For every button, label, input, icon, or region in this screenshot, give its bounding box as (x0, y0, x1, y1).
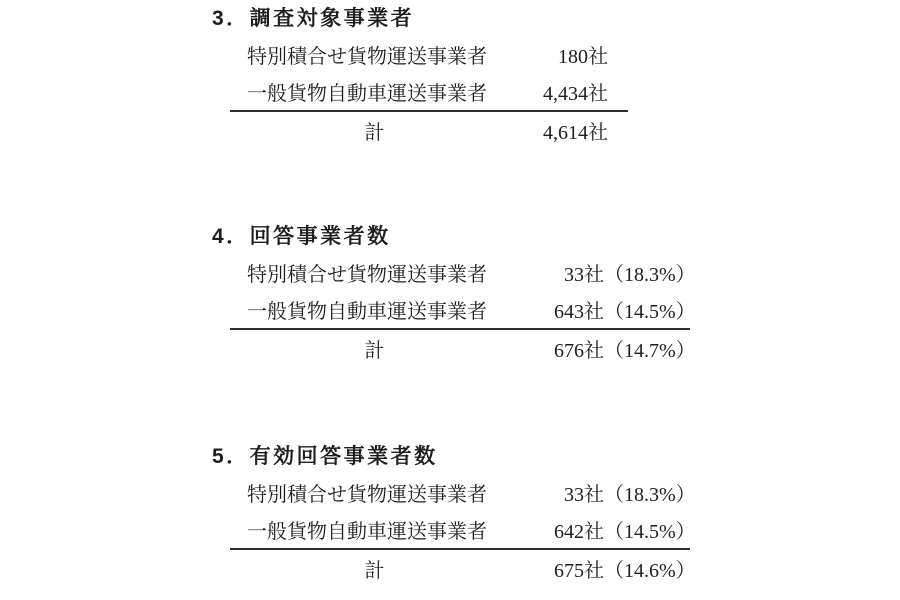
total-label: 計 (230, 554, 502, 583)
total-row: 計 675社 （14.6%） (230, 548, 690, 587)
document-page: 3．調査対象事業者 特別積合せ貨物運送事業者 180社 一般貨物自動車運送事業者… (0, 0, 900, 600)
section-respondents: 4．回答事業者数 特別積合せ貨物運送事業者 33社 （18.3%） 一般貨物自動… (212, 226, 690, 367)
table-row: 特別積合せ貨物運送事業者 33社 （18.3%） (230, 474, 690, 511)
section-valid-respondents: 5．有効回答事業者数 特別積合せ貨物運送事業者 33社 （18.3%） 一般貨物… (212, 446, 690, 587)
row-label: 一般貨物自動車運送事業者 (230, 515, 502, 544)
row-value: 33社 (502, 258, 604, 287)
total-value: 675社 (502, 554, 604, 583)
stat-table: 特別積合せ貨物運送事業者 180社 一般貨物自動車運送事業者 4,434社 計 … (230, 36, 628, 149)
row-value: 643社 (502, 295, 604, 324)
row-label: 特別積合せ貨物運送事業者 (230, 478, 502, 507)
table-row: 一般貨物自動車運送事業者 4,434社 (230, 73, 628, 110)
section-heading: 4．回答事業者数 (212, 226, 690, 248)
total-row: 計 4,614社 (230, 110, 628, 149)
row-percent: （18.3%） (604, 258, 683, 287)
row-percent: （14.5%） (604, 515, 683, 544)
row-value: 642社 (502, 515, 604, 544)
total-label: 計 (230, 116, 502, 145)
table-row: 特別積合せ貨物運送事業者 33社 （18.3%） (230, 254, 690, 291)
stat-table: 特別積合せ貨物運送事業者 33社 （18.3%） 一般貨物自動車運送事業者 64… (230, 254, 690, 367)
table-row: 一般貨物自動車運送事業者 642社 （14.5%） (230, 511, 690, 548)
row-label: 特別積合せ貨物運送事業者 (230, 258, 502, 287)
row-percent: （18.3%） (604, 478, 683, 507)
total-value: 4,614社 (502, 116, 608, 145)
row-label: 一般貨物自動車運送事業者 (230, 295, 502, 324)
row-percent: （14.5%） (604, 295, 683, 324)
section-survey-targets: 3．調査対象事業者 特別積合せ貨物運送事業者 180社 一般貨物自動車運送事業者… (212, 8, 628, 149)
section-heading: 5．有効回答事業者数 (212, 446, 690, 468)
row-value: 180社 (502, 40, 608, 69)
total-percent: （14.6%） (604, 554, 683, 583)
total-label: 計 (230, 334, 502, 363)
section-heading: 3．調査対象事業者 (212, 8, 628, 30)
row-label: 一般貨物自動車運送事業者 (230, 77, 502, 106)
row-label: 特別積合せ貨物運送事業者 (230, 40, 502, 69)
table-row: 一般貨物自動車運送事業者 643社 （14.5%） (230, 291, 690, 328)
total-percent: （14.7%） (604, 334, 683, 363)
stat-table: 特別積合せ貨物運送事業者 33社 （18.3%） 一般貨物自動車運送事業者 64… (230, 474, 690, 587)
row-value: 33社 (502, 478, 604, 507)
row-value: 4,434社 (502, 77, 608, 106)
total-value: 676社 (502, 334, 604, 363)
table-row: 特別積合せ貨物運送事業者 180社 (230, 36, 628, 73)
total-row: 計 676社 （14.7%） (230, 328, 690, 367)
